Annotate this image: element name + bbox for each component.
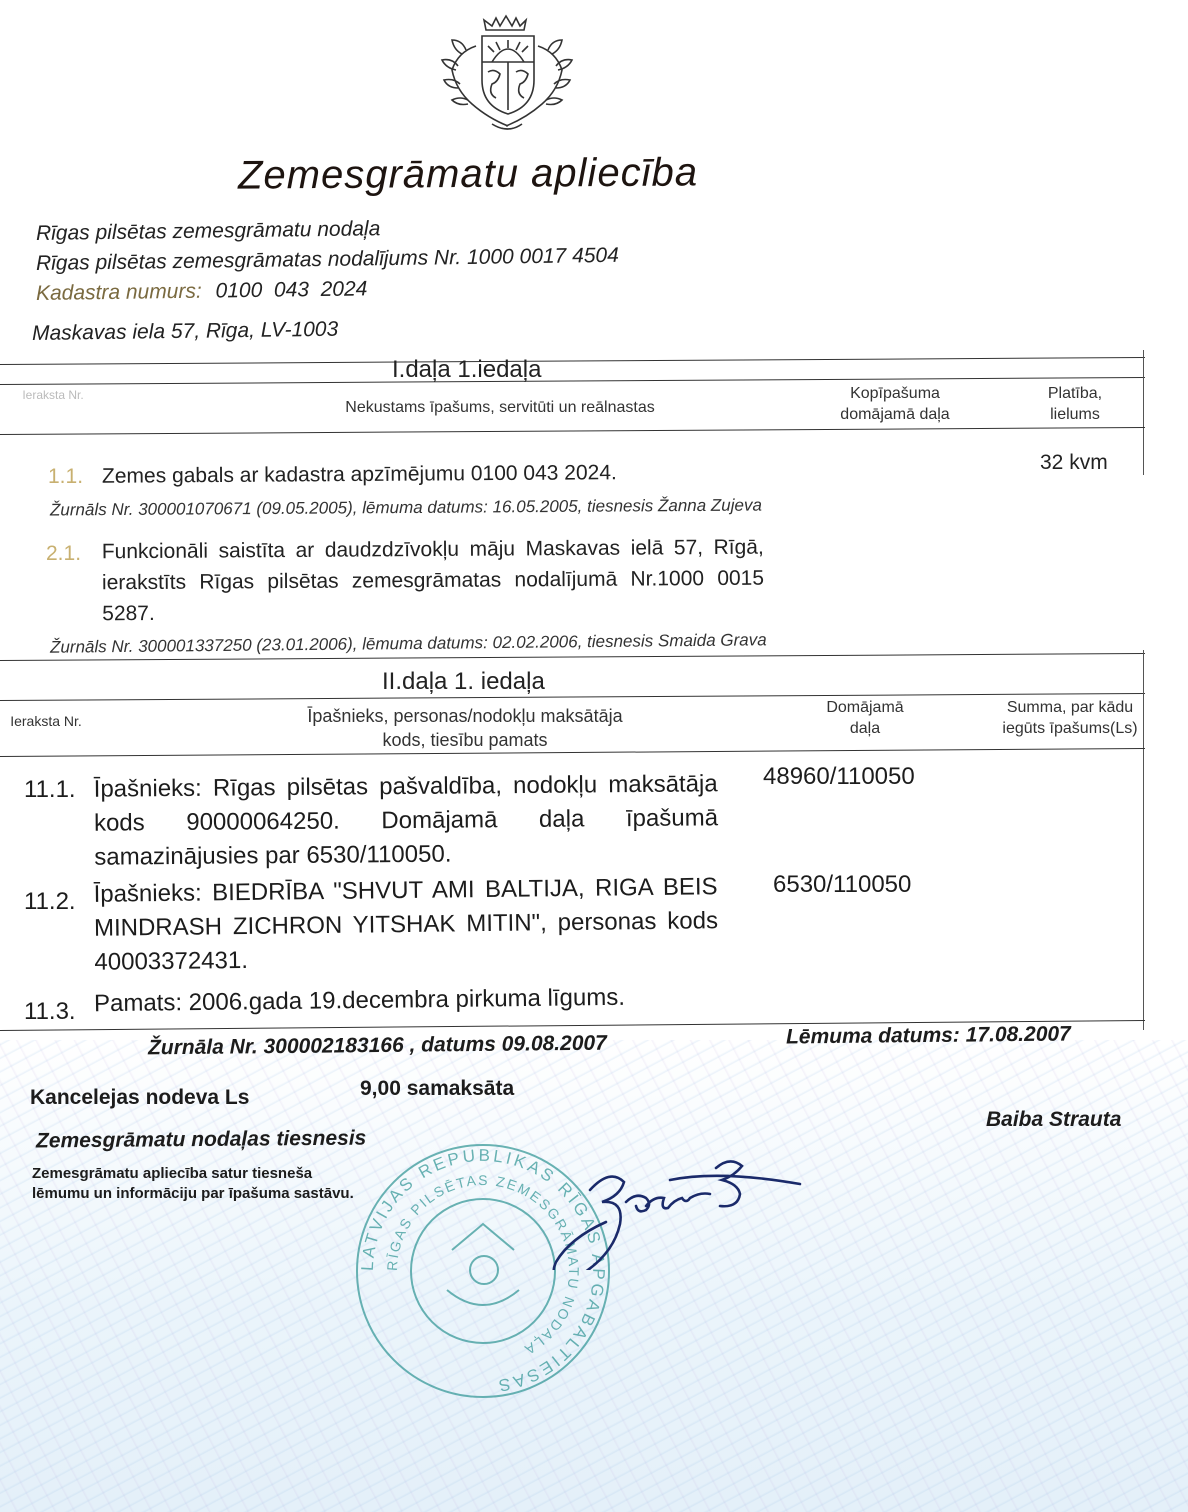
part1-title: I.daļa 1.iedaļa: [392, 356, 541, 384]
entry-share: 6530/110050: [773, 868, 911, 902]
department-name: Rīgas pilsētas zemesgrāmatu nodaļa: [36, 217, 381, 246]
divider: [0, 693, 1145, 701]
part2-col-sum: Summa, par kādu iegūts īpašums(Ls): [985, 697, 1155, 739]
cadastre-value: 0100 043 2024: [215, 277, 367, 302]
part2-col-share: Domājamā daļa: [820, 697, 910, 739]
fee-value: 9,00 samaksāta: [360, 1077, 514, 1101]
judge-title: Zemesgrāmatu nodaļas tiesnesis: [36, 1127, 367, 1154]
entry-number: 1.1.: [48, 461, 83, 492]
document-title: Zemesgrāmatu apliecība: [238, 150, 698, 198]
divider: [0, 357, 1145, 365]
part1-col-entry-no: Ieraksta Nr.: [18, 388, 88, 402]
entry-text: Funkcionāli saistīta ar daudzdzīvokļu mā…: [102, 532, 765, 630]
cadastre-number: Kadastra numurs: 0100 043 2024: [36, 277, 368, 306]
folio-number: Rīgas pilsētas zemesgrāmatas nodalījums …: [36, 244, 619, 276]
part2-col-entry-no: Ieraksta Nr.: [6, 712, 86, 731]
entry-text: Zemes gabals ar kadastra apzīmējumu 0100…: [102, 457, 617, 492]
entry-number: 11.3.: [24, 998, 76, 1026]
divider: [0, 427, 1145, 435]
entry-text: Pamats: 2006.gada 19.decembra pirkuma lī…: [94, 981, 625, 1021]
journal-entry: Žurnāls Nr. 300001337250 (23.01.2006), l…: [50, 630, 767, 658]
property-address: Maskavas iela 57, Rīga, LV-1003: [32, 318, 339, 346]
journal-number: Žurnāla Nr. 300002183166 , datums 09.08.…: [148, 1032, 607, 1061]
entry-text: Īpašnieks: Rīgas pilsētas pašvaldība, no…: [94, 767, 719, 874]
note-line: Zemesgrāmatu apliecība satur tiesneša: [32, 1164, 312, 1183]
note-line: lēmumu un informāciju par īpašuma sastāv…: [32, 1184, 354, 1203]
latvia-coat-of-arms-icon: [432, 6, 582, 140]
table-border: [1143, 350, 1144, 475]
entry-number: 11.1.: [24, 776, 76, 804]
judge-name: Baiba Strauta: [986, 1108, 1121, 1132]
divider: [0, 377, 1145, 385]
decision-date: Lēmuma datums: 17.08.2007: [786, 1023, 1071, 1050]
journal-entry: Žurnāls Nr. 300001070671 (09.05.2005), l…: [50, 496, 762, 521]
part1-col-share: Kopīpašuma domājamā daļa: [820, 383, 970, 425]
entry-number: 2.1.: [46, 538, 81, 569]
part1-col-area: Platība, lielums: [1030, 383, 1120, 425]
part2-title: II.daļa 1. iedaļa: [382, 668, 545, 696]
entry-share: 48960/110050: [763, 760, 915, 794]
signature-icon: [520, 1150, 810, 1270]
cadastre-label: Kadastra numurs:: [36, 280, 202, 305]
entry-area: 32 kvm: [1040, 447, 1108, 478]
entry-text: Īpašnieks: BIEDRĪBA "SHVUT AMI BALTIJA, …: [93, 870, 718, 980]
part2-col-owner: Īpašnieks, personas/nodokļu maksātāja ko…: [300, 704, 630, 752]
part1-col-property: Nekustams īpašums, servitūti un reālnast…: [240, 397, 760, 418]
fee-label: Kancelejas nodeva Ls: [30, 1086, 249, 1110]
entry-number: 11.2.: [24, 888, 76, 916]
